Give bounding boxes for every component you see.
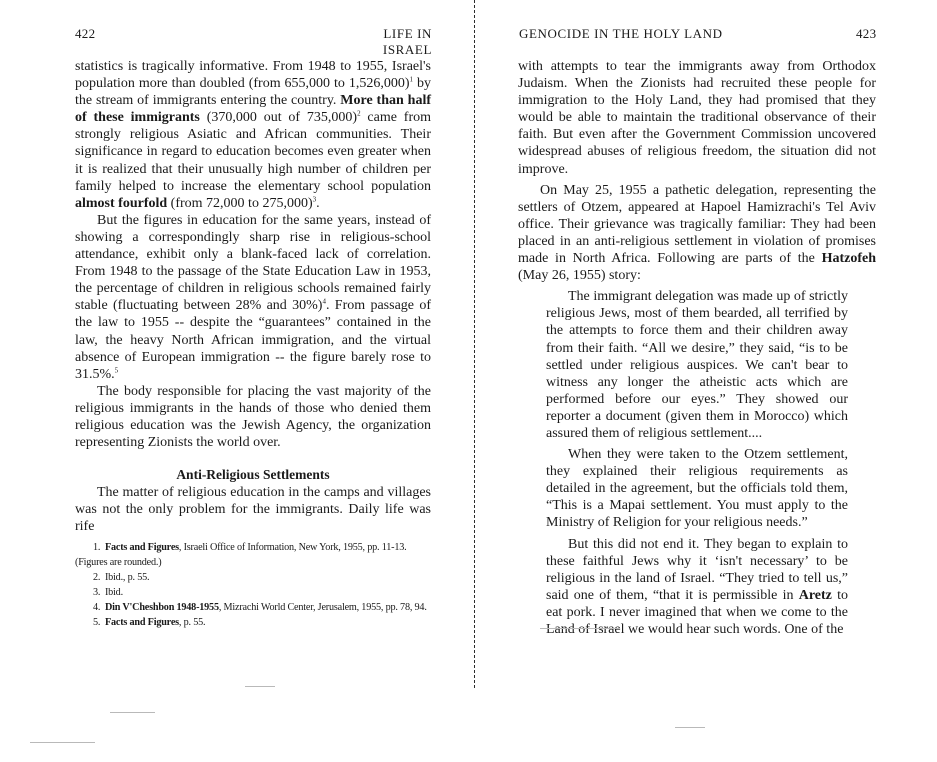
footnote-5: 5. Facts and Figures, p. 55. — [75, 615, 437, 630]
paragraph: On May 25, 1955 a pathetic delegation, r… — [518, 182, 876, 285]
left-body-text: statistics is tragically informative. Fr… — [75, 58, 431, 536]
scan-noise — [110, 712, 155, 713]
footnote-4: 4. Din V'Cheshbon 1948-1955, Mizrachi Wo… — [75, 600, 437, 615]
scan-noise — [675, 727, 705, 728]
footnotes: 1. Facts and Figures, Israeli Office of … — [75, 540, 437, 630]
scan-noise — [30, 742, 95, 743]
footnote-2: 2. Ibid., p. 55. — [75, 570, 437, 585]
scan-noise — [245, 686, 275, 687]
footnote-3: 3. Ibid. — [75, 585, 437, 600]
paragraph: The body responsible for placing the vas… — [75, 383, 431, 451]
running-title-right: GENOCIDE IN THE HOLY LAND — [519, 26, 723, 42]
paragraph: with attempts to tear the immigrants awa… — [518, 58, 876, 178]
footnote-1: 1. Facts and Figures, Israeli Office of … — [75, 540, 437, 570]
paragraph: But the figures in education for the sam… — [75, 212, 431, 383]
page-number-left: 422 — [75, 26, 95, 42]
left-page: 422 LIFE IN ISRAEL statistics is tragica… — [0, 0, 475, 762]
quote-paragraph: But this did not end it. They began to e… — [546, 536, 848, 639]
footnote-ref[interactable]: 5 — [115, 366, 119, 374]
section-heading: Anti-Religious Settlements — [75, 466, 431, 483]
scan-noise — [540, 628, 620, 629]
right-page: GENOCIDE IN THE HOLY LAND 423 with attem… — [476, 0, 937, 762]
paragraph: statistics is tragically informative. Fr… — [75, 58, 431, 212]
quote-paragraph: The immigrant delegation was made up of … — [546, 288, 848, 442]
right-body-text: with attempts to tear the immigrants awa… — [518, 58, 876, 638]
quote-paragraph: When they were taken to the Otzem settle… — [546, 446, 848, 531]
running-title-left: LIFE IN ISRAEL — [340, 26, 432, 58]
page-number-right: 423 — [856, 26, 876, 42]
paragraph: The matter of religious education in the… — [75, 484, 431, 535]
book-gutter-divider — [474, 0, 475, 688]
block-quote: The immigrant delegation was made up of … — [546, 288, 848, 638]
